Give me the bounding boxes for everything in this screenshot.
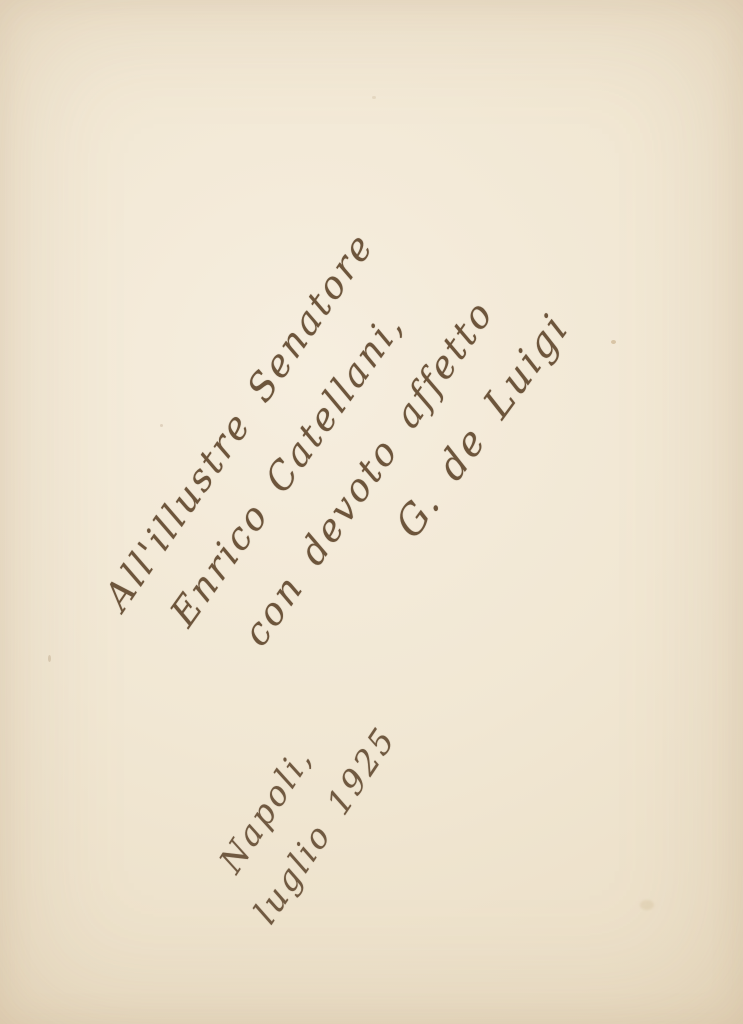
paper-speck xyxy=(640,900,654,910)
paper-speck xyxy=(48,655,51,662)
dedication-inscription: All'illustre Senatore Enrico Catellani, … xyxy=(82,110,637,741)
flyleaf-page: All'illustre Senatore Enrico Catellani, … xyxy=(0,0,743,1024)
place-date-block: Napoli, luglio 1925 xyxy=(190,664,423,937)
paper-speck xyxy=(160,424,163,427)
paper-speck xyxy=(372,96,376,99)
paper-speck xyxy=(611,340,616,344)
